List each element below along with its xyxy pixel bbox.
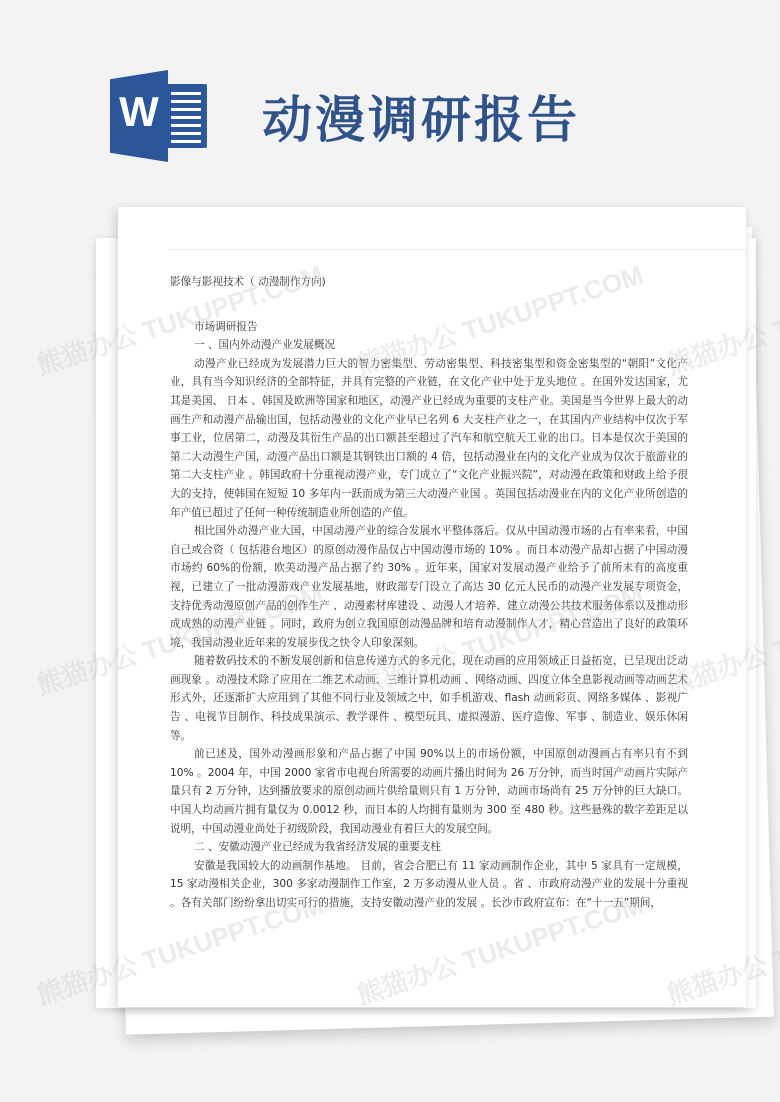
- report-title: 市场调研报告: [170, 318, 688, 337]
- paragraph: 随着数码技术的不断发展创新和信息传递方式的多元化，现在动画的应用领域正日益拓宽，…: [170, 652, 688, 745]
- header-rule: [168, 249, 746, 250]
- section-heading-1: 一 、国内外动漫产业发展概况: [170, 336, 688, 355]
- paragraph: 动漫产业已经成为发展潜力巨大的智力密集型、劳动密集型、科技密集型和资金密集型的“…: [170, 355, 688, 522]
- word-icon: W: [110, 70, 208, 162]
- word-letter: W: [110, 88, 168, 136]
- paragraph: 相比国外动漫产业大国，中国动漫产业的综合发展水平整体落后。仅从中国动漫市场的占有…: [170, 522, 688, 652]
- paragraph: 前已述及，国外动漫画形象和产品占据了中国 90%以上的市场份额，中国原创动漫画占…: [170, 745, 688, 838]
- page-title: 动漫调研报告: [262, 80, 580, 152]
- section-heading-2: 二 、安徽动漫产业已经成为我省经济发展的重要支柱: [170, 838, 688, 857]
- document-body: 影像与影视技术（ 动漫制作方向) 市场调研报告 一 、国内外动漫产业发展概况 动…: [170, 273, 688, 913]
- document-subtitle: 影像与影视技术（ 动漫制作方向): [170, 273, 688, 292]
- banner-header: W 动漫调研报告: [110, 66, 670, 166]
- document-page: 影像与影视技术（ 动漫制作方向) 市场调研报告 一 、国内外动漫产业发展概况 动…: [118, 207, 746, 1007]
- paragraph: 安徽是我国较大的动画制作基地。 目前，省会合肥已有 11 家动画制作企业，其中 …: [170, 857, 688, 913]
- document-lines-icon: [165, 84, 207, 148]
